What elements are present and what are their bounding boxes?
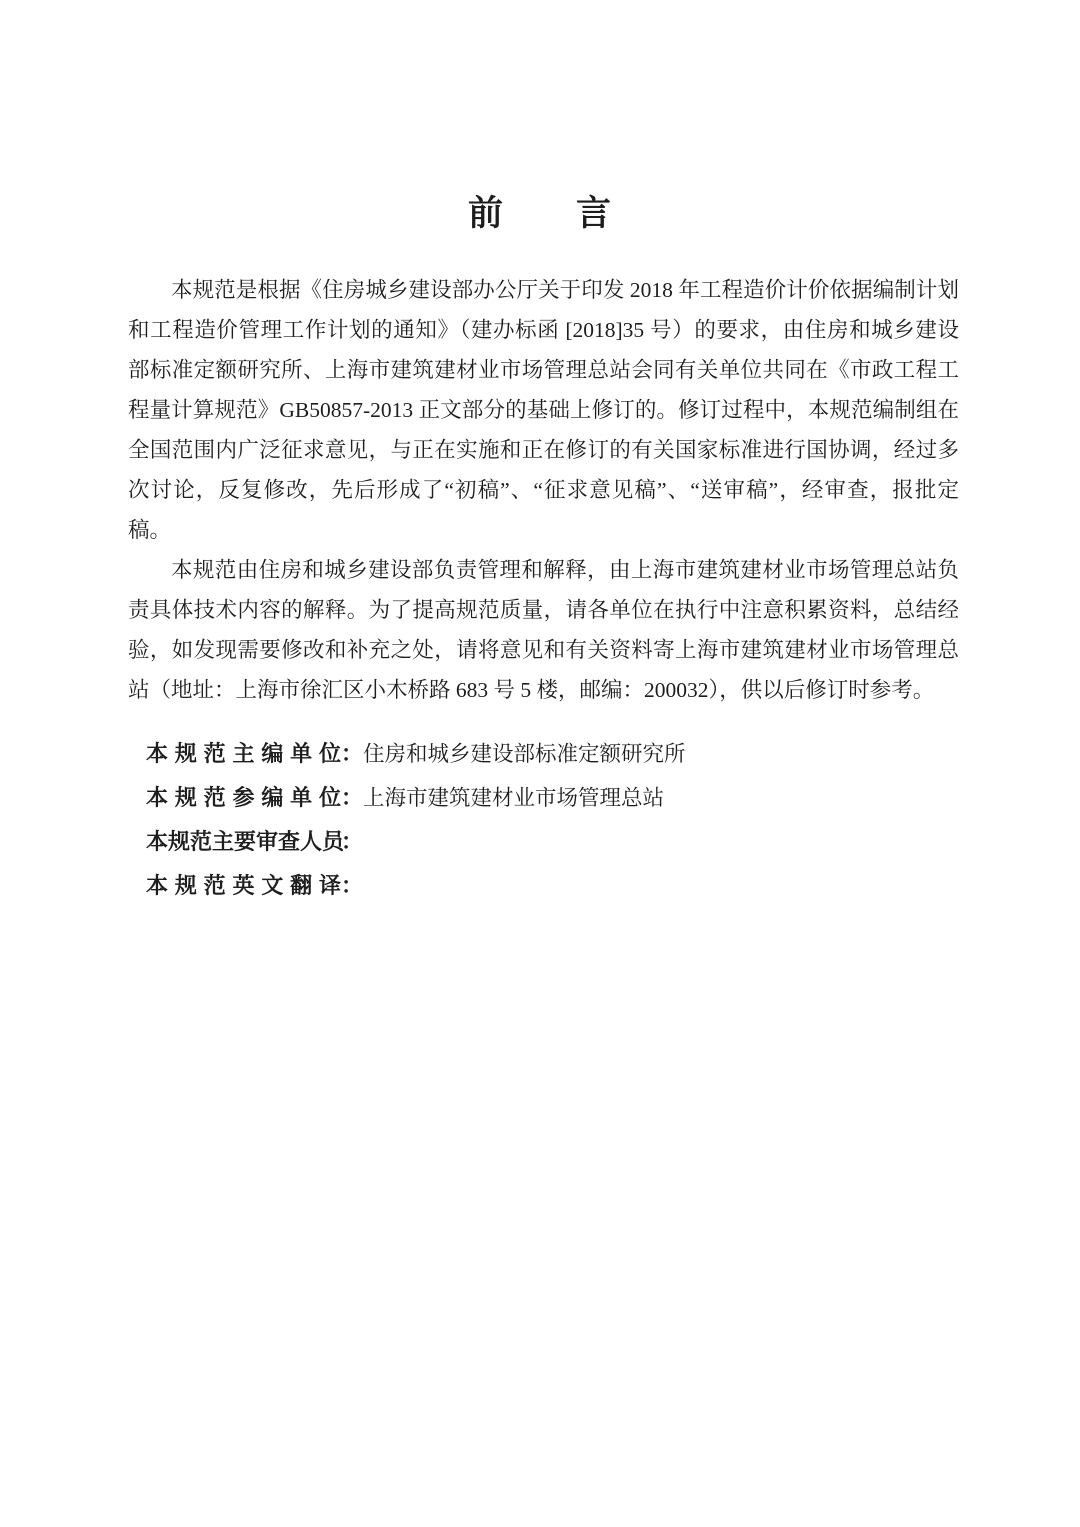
paragraph-management: 本规范由住房和城乡建设部负责管理和解释，由上海市建筑建材业市场管理总站负责具体技… [128,550,959,710]
credit-row-participating-unit: 本规范参编单位：上海市建筑建材业市场管理总站 [146,776,959,820]
document-body: 本规范是根据《住房城乡建设部办公厅关于印发 2018 年工程造价计价依据编制计划… [128,270,959,908]
credit-label: 本规范主编单位 [146,732,341,775]
document-page: 前 言 本规范是根据《住房城乡建设部办公厅关于印发 2018 年工程造价计价依据… [0,0,1080,1527]
credit-colon: ： [341,741,363,766]
credit-colon: ： [341,873,363,898]
credit-value: 住房和城乡建设部标准定额研究所 [363,742,686,766]
credit-row-english-translation: 本规范英文翻译： [146,864,959,908]
credit-label: 本规范英文翻译 [146,864,341,907]
credit-row-chief-editing-unit: 本规范主编单位：住房和城乡建设部标准定额研究所 [146,732,959,776]
credit-row-review-personnel: 本规范主要审查人员： [146,820,959,864]
credit-colon: ： [341,785,363,810]
credit-label: 本规范主要审查人员 [146,820,341,863]
credit-label: 本规范参编单位 [146,776,341,819]
credit-value: 上海市建筑建材业市场管理总站 [363,786,664,810]
credits-section: 本规范主编单位：住房和城乡建设部标准定额研究所 本规范参编单位：上海市建筑建材业… [128,732,959,908]
page-title: 前 言 [0,186,1080,236]
credit-colon: ： [341,829,363,854]
paragraph-basis: 本规范是根据《住房城乡建设部办公厅关于印发 2018 年工程造价计价依据编制计划… [128,270,959,550]
